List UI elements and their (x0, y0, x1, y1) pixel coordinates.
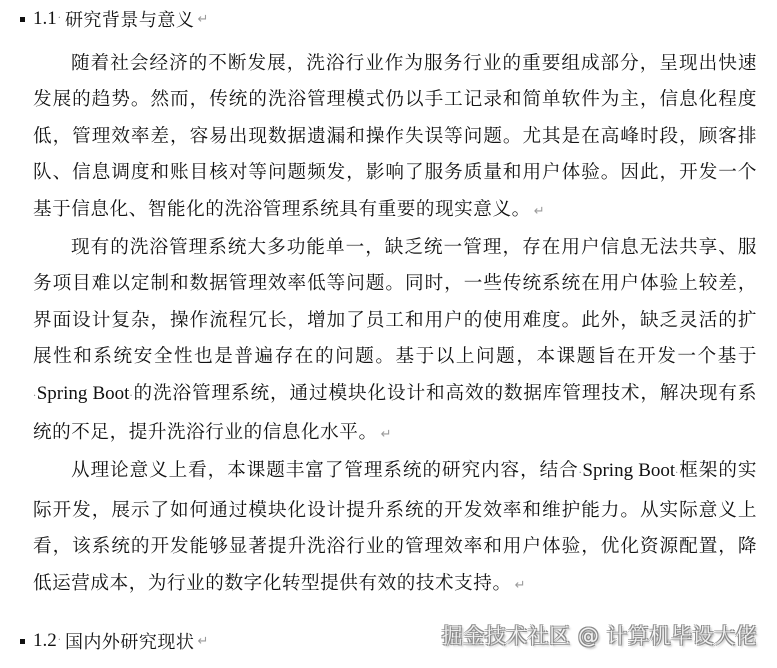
paragraph-background: 随着社会经济的不断发展，洗浴行业作为服务行业的重要组成部分，呈现出快速发展的趋势… (33, 46, 757, 230)
section-heading-1-2: 1.2 · 国内外研究现状 ↵ (20, 626, 208, 656)
paragraph-mark-icon: ↵ (381, 427, 392, 442)
section-title: 国内外研究现状 (65, 628, 195, 654)
paragraph-text: 从理论意义上看，本课题丰富了管理系统的研究内容，结合 (71, 460, 579, 481)
framework-name: Spring Boot (37, 383, 130, 404)
heading-bullet-icon (20, 17, 25, 22)
document-body: 随着社会经济的不断发展，洗浴行业作为服务行业的重要组成部分，呈现出快速发展的趋势… (33, 46, 757, 604)
section-heading-1-1: 1.1 · 研究背景与意义 ↵ (20, 4, 208, 34)
space-mark: · (58, 635, 61, 646)
watermark: 掘金技术社区 @ 计算机毕设大佬 (442, 620, 757, 650)
paragraph-mark-icon: ↵ (534, 204, 545, 219)
paragraph-significance: 从理论意义上看，本课题丰富了管理系统的研究内容，结合·Spring Boot·框… (33, 453, 757, 604)
paragraph-mark-icon: ↵ (197, 634, 208, 649)
paragraph-text: 现有的洗浴管理系统大多功能单一，缺乏统一管理，存在用户信息无法共享、服务项目难以… (33, 237, 757, 367)
paragraph-text: 随着社会经济的不断发展，洗浴行业作为服务行业的重要组成部分，呈现出快速发展的趋势… (33, 53, 757, 220)
heading-bullet-icon (20, 639, 25, 644)
paragraph-text: 的洗浴管理系统，通过模块化设计和高效的数据库管理技术，解决现有系统的不足，提升洗… (33, 383, 757, 443)
section-number: 1.1 (33, 8, 57, 30)
space-mark: · (58, 13, 61, 24)
framework-name: Spring Boot (582, 460, 675, 481)
paragraph-existing-systems: 现有的洗浴管理系统大多功能单一，缺乏统一管理，存在用户信息无法共享、服务项目难以… (33, 230, 757, 453)
section-title: 研究背景与意义 (65, 6, 195, 32)
paragraph-mark-icon: ↵ (515, 578, 526, 593)
paragraph-mark-icon: ↵ (197, 12, 208, 27)
section-number: 1.2 (33, 630, 57, 652)
